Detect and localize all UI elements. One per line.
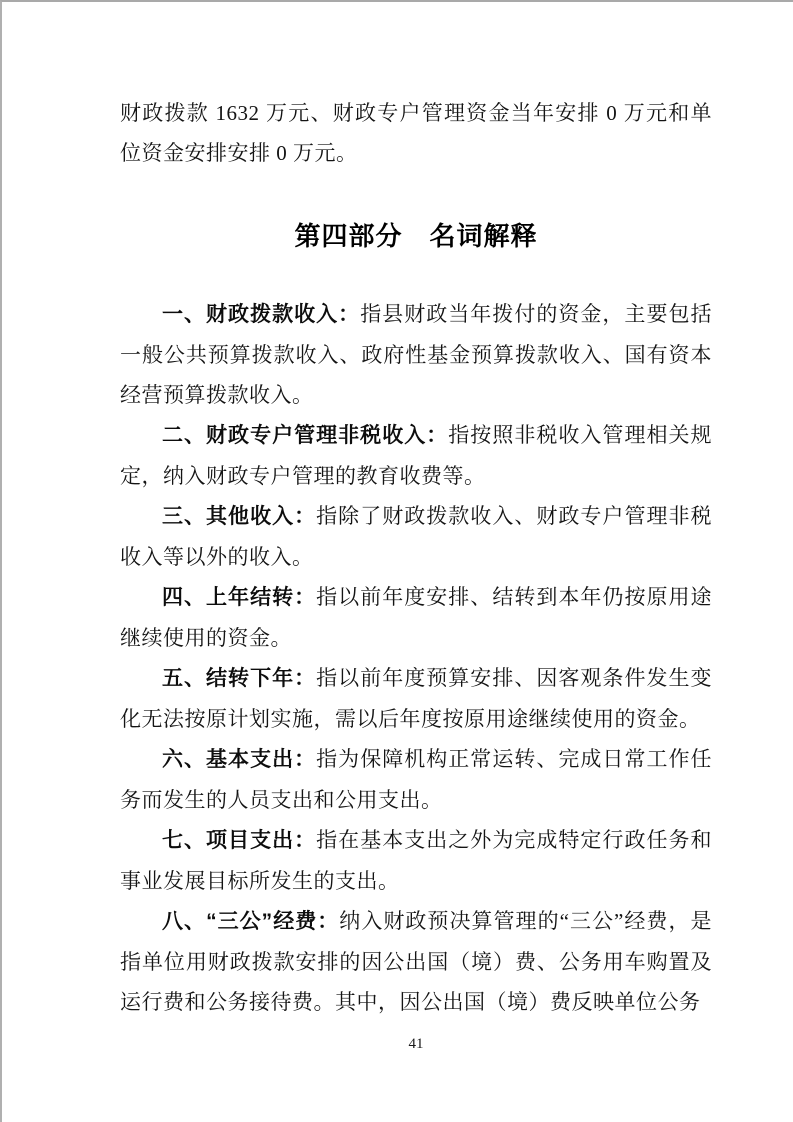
- definition-term: 一、财政拨款收入：: [162, 303, 360, 326]
- definition-term: 六、基本支出：: [162, 748, 316, 771]
- definition-paragraph: 三、其他收入：指除了财政拨款收入、财政专户管理非税收入等以外的收入。: [120, 496, 712, 577]
- intro-paragraph: 财政拨款 1632 万元、财政专户管理资金当年安排 0 万元和单位资金安排安排 …: [120, 93, 712, 173]
- definitions-list: 一、财政拨款收入：指县财政当年拨付的资金，主要包括一般公共预算拨款收入、政府性基…: [120, 294, 712, 1022]
- definition-paragraph: 四、上年结转：指以前年度安排、结转到本年仍按原用途继续使用的资金。: [120, 577, 712, 658]
- definition-term: 八、“三公”经费：: [162, 910, 339, 933]
- definition-paragraph: 二、财政专户管理非税收入：指按照非税收入管理相关规定，纳入财政专户管理的教育收费…: [120, 415, 712, 496]
- document-page: 财政拨款 1632 万元、财政专户管理资金当年安排 0 万元和单位资金安排安排 …: [0, 0, 793, 1122]
- definition-paragraph: 五、结转下年：指以前年度预算安排、因客观条件发生变化无法按原计划实施，需以后年度…: [120, 658, 712, 739]
- definition-term: 四、上年结转：: [162, 586, 316, 609]
- definition-paragraph: 六、基本支出：指为保障机构正常运转、完成日常工作任务而发生的人员支出和公用支出。: [120, 739, 712, 820]
- definition-term: 三、其他收入：: [162, 505, 316, 528]
- definition-term: 七、项目支出：: [162, 829, 316, 852]
- definition-term: 五、结转下年：: [162, 667, 316, 690]
- page-number: 41: [120, 1034, 712, 1054]
- section-title: 第四部分 名词解释: [120, 216, 712, 256]
- definition-paragraph: 七、项目支出：指在基本支出之外为完成特定行政任务和事业发展目标所发生的支出。: [120, 820, 712, 901]
- definition-paragraph: 一、财政拨款收入：指县财政当年拨付的资金，主要包括一般公共预算拨款收入、政府性基…: [120, 294, 712, 415]
- definition-term: 二、财政专户管理非税收入：: [162, 424, 448, 447]
- definition-paragraph: 八、“三公”经费：纳入财政预决算管理的“三公”经费，是指单位用财政拨款安排的因公…: [120, 901, 712, 1022]
- page-content: 财政拨款 1632 万元、财政专户管理资金当年安排 0 万元和单位资金安排安排 …: [120, 93, 712, 1054]
